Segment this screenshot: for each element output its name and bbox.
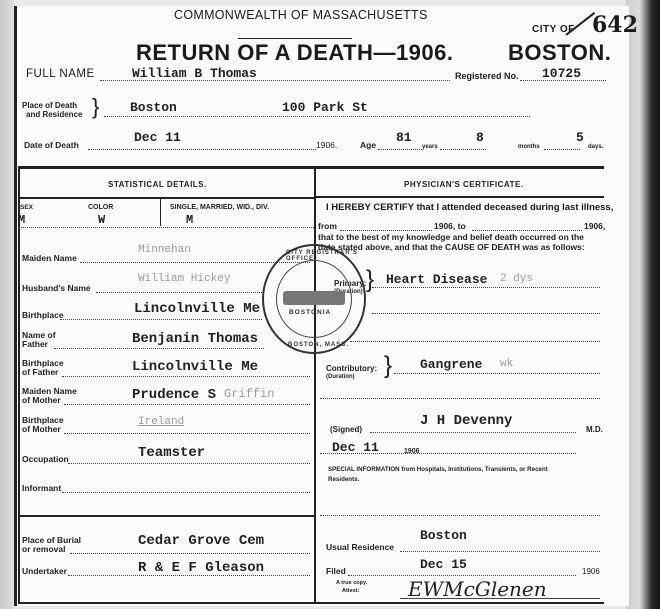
burial-line (70, 553, 310, 554)
primary-line-2 (372, 313, 600, 314)
marital-divider (160, 198, 161, 226)
place-address-value: 100 Park St (282, 100, 368, 115)
physician-signature: J H Devenny (420, 413, 512, 429)
full-name-label: FULL NAME (26, 68, 95, 80)
certify-text: I HEREBY CERTIFY that I attended decease… (326, 202, 613, 213)
left-frame (18, 169, 20, 604)
and-residence-label: and Residence (26, 110, 82, 119)
mother-label-line2: of Mother (22, 396, 61, 405)
attest-line (400, 598, 600, 599)
mother-line (64, 404, 310, 405)
contributory-value: Gangrene (420, 357, 482, 372)
sex-value: M (18, 213, 25, 227)
marital-value: M (186, 213, 193, 227)
to-line (472, 230, 582, 231)
father-label-line2: Father (22, 340, 48, 349)
seal-middle-text: BOSTONIA (289, 309, 331, 316)
age-days-value: 5 (576, 130, 584, 145)
place-brace: } (92, 96, 99, 118)
seal-emblem (283, 291, 345, 305)
sign-date-value: Dec 11 (332, 440, 379, 455)
place-line (104, 116, 530, 117)
burial-section-rule (18, 515, 314, 517)
contributory-brace: } (384, 354, 392, 378)
date-of-death-line (88, 149, 316, 150)
date-year: 1906. (316, 141, 337, 150)
months-label: months (518, 143, 540, 152)
usual-residence-line (400, 551, 600, 552)
sex-label: SEX (20, 203, 33, 212)
primary-line (372, 287, 600, 288)
section-top-rule (18, 166, 604, 169)
from-line (340, 230, 432, 231)
contributory-faint: wk (500, 358, 513, 370)
occupation-line (68, 463, 310, 464)
days-label: days. (588, 143, 603, 152)
seal-top-text: CITY REGISTRAR'S OFFICE (286, 250, 364, 262)
registered-no-label: Registered No. (455, 72, 519, 81)
filed-label: Filed (326, 567, 346, 576)
undertaker-value: R & E F Gleason (138, 560, 264, 576)
age-label: Age (360, 141, 376, 150)
birthplace-value: Lincolnville Me (134, 301, 260, 317)
primary-line-3 (350, 341, 600, 342)
occupation-value: Teamster (138, 445, 205, 461)
stat-row-rule (18, 227, 314, 228)
date-of-death-label: Date of Death (24, 141, 79, 150)
filed-line (348, 575, 576, 576)
heading-rule (238, 38, 352, 39)
contributory-line-2 (320, 398, 600, 399)
to-year: 1906, (584, 222, 605, 231)
father-birthplace-line (62, 376, 310, 377)
page-bottom-rule (18, 602, 604, 604)
age-years-value: 81 (396, 130, 412, 145)
sign-date-year: 1906 (404, 447, 420, 456)
certify-line2: that to the best of my knowledge and bel… (318, 233, 584, 242)
mother-birthplace-line (64, 433, 310, 434)
registered-no-value: 10725 (542, 66, 581, 81)
md-label: M.D. (586, 425, 603, 434)
special-info-line2: Residents. (328, 475, 359, 484)
age-months-line (440, 149, 486, 150)
age-days-line (544, 149, 580, 150)
attest-label: Attest: (342, 587, 359, 596)
birthplace-label: Birthplace (22, 311, 64, 320)
signed-line (370, 432, 576, 433)
from-year: 1906, to (434, 222, 466, 231)
occupation-label: Occupation (22, 455, 69, 464)
scan-left-margin (0, 0, 14, 609)
usual-residence-label: Usual Residence (326, 543, 394, 552)
from-label: from (318, 222, 337, 231)
filed-value: Dec 15 (420, 557, 467, 572)
father-birthplace-label-line2: of Father (22, 368, 58, 377)
informant-label: Informant (22, 484, 61, 493)
husbands-name-label: Husband's Name (22, 284, 91, 293)
mother-birthplace-label-line2: of Mother (22, 425, 61, 434)
mother-value: Prudence S (132, 387, 216, 403)
primary-cause-value: Heart Disease (386, 272, 487, 287)
statistical-heading: STATISTICAL DETAILS. (108, 180, 207, 189)
document-title: RETURN OF A DEATH—1906. (136, 40, 454, 66)
mother-birthplace-value: Ireland (138, 416, 184, 428)
usual-residence-value: Boston (420, 528, 467, 543)
place-of-death-label: Place of Death (22, 101, 77, 110)
informant-line (62, 492, 310, 493)
undertaker-label: Undertaker (22, 567, 67, 576)
age-months-value: 8 (476, 130, 484, 145)
contributory-label: Contributory: (326, 364, 377, 373)
physician-heading: PHYSICIAN'S CERTIFICATE. (404, 180, 524, 189)
years-label: years (422, 143, 438, 152)
statistical-rule (18, 197, 314, 199)
full-name-value: William B Thomas (132, 66, 257, 81)
special-info-line1: SPECIAL INFORMATION from Hospitals, Inst… (328, 465, 548, 474)
page-number: 642 (592, 12, 638, 38)
column-divider (314, 169, 316, 604)
primary-brace: } (366, 268, 374, 292)
color-value: W (98, 213, 105, 227)
city-registrar-seal: CITY REGISTRAR'S OFFICE BOSTONIA BOSTON,… (262, 244, 366, 354)
city-name: BOSTON. (508, 40, 611, 66)
seal-bottom-text: BOSTON, MASS. (288, 342, 349, 348)
age-years-line (378, 149, 422, 150)
birthplace-line (60, 319, 262, 320)
seal-inner-ring: BOSTONIA (276, 260, 352, 338)
burial-value: Cedar Grove Cem (138, 533, 264, 549)
mother-surname-faint: Griffin (224, 387, 274, 401)
signed-label: (Signed) (330, 425, 362, 434)
commonwealth-heading: COMMONWEALTH OF MASSACHUSETTS (174, 8, 428, 22)
maiden-name-label: Maiden Name (22, 254, 77, 263)
special-info-line (320, 515, 600, 516)
date-of-death-value: Dec 11 (134, 130, 181, 145)
father-value: Benjanin Thomas (132, 331, 258, 347)
burial-label-line2: or removal (22, 545, 65, 554)
contributory-line (394, 373, 600, 374)
scan-right-margin (626, 0, 660, 609)
filed-year: 1906 (582, 567, 600, 576)
marital-label: SINGLE, MARRIED, WID., DIV. (170, 203, 269, 212)
maiden-name-value: Minnehan (138, 244, 191, 256)
husbands-name-line (96, 292, 262, 293)
place-city-value: Boston (130, 100, 177, 115)
color-label: COLOR (88, 203, 113, 212)
father-line (54, 348, 264, 349)
physician-rule (316, 196, 604, 198)
father-birthplace-value: Lincolnville Me (132, 359, 258, 375)
contributory-duration-label: (Duration) (326, 373, 355, 382)
husbands-name-value: William Hickey (138, 273, 230, 285)
primary-duration-faint: 2 dys (500, 273, 533, 285)
